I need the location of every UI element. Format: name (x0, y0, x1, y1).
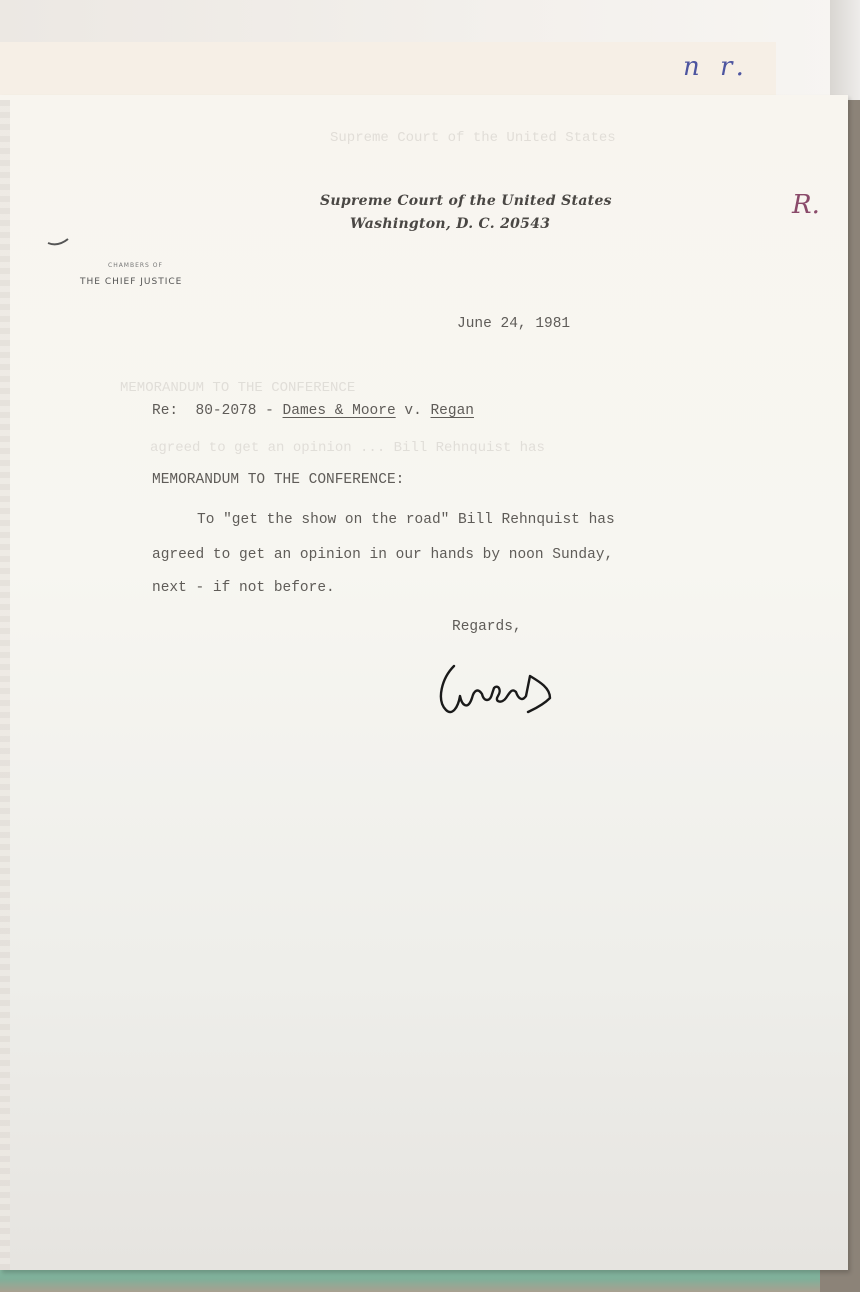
handwritten-annotation-top: n r. (683, 52, 750, 82)
letterhead-court: Supreme Court of the United States (320, 193, 612, 209)
re-label: Re: (152, 403, 178, 419)
case-number: 80-2078 - (196, 403, 274, 419)
memo-page (0, 95, 848, 1270)
re-line: Re: 80-2078 - Dames & Moore v. Regan (152, 403, 474, 419)
pencil-tick-mark (46, 234, 76, 248)
signature (432, 658, 567, 723)
bleed-through-text: agreed to get an opinion ... Bill Rehnqu… (150, 440, 545, 456)
background-sheet-edge (830, 0, 860, 100)
party-two: Regan (430, 403, 474, 419)
chambers-label: CHAMBERS OF (108, 262, 163, 269)
page-edge-stack (0, 100, 10, 1270)
body-line: next - if not before. (152, 580, 335, 596)
memo-date: June 24, 1981 (457, 316, 570, 332)
memo-heading: MEMORANDUM TO THE CONFERENCE: (152, 472, 404, 488)
party-one: Dames & Moore (283, 403, 396, 419)
chambers-title: THE CHIEF JUSTICE (80, 277, 182, 287)
body-line: agreed to get an opinion in our hands by… (152, 547, 613, 563)
bleed-through-text: MEMORANDUM TO THE CONFERENCE (120, 380, 355, 396)
handwritten-annotation-margin: R. (792, 190, 820, 220)
closing: Regards, (452, 619, 522, 635)
versus: v. (404, 403, 421, 419)
letterhead-address: Washington, D. C. 20543 (350, 216, 550, 232)
body-line: To "get the show on the road" Bill Rehnq… (197, 512, 615, 528)
bleed-through-text: Supreme Court of the United States (330, 130, 616, 146)
